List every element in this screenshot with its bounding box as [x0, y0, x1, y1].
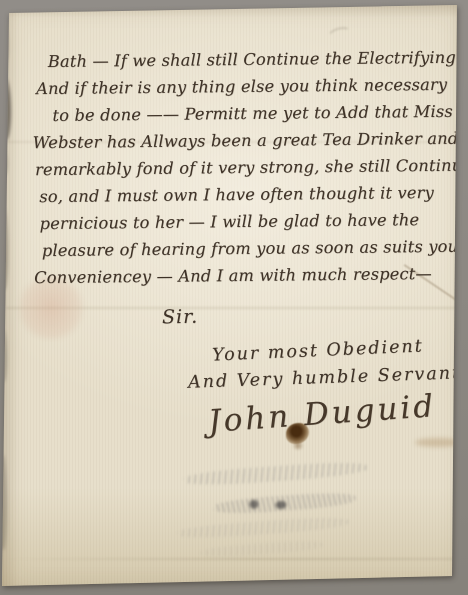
signature: John Duguid — [207, 388, 437, 440]
binding-smudge — [0, 208, 8, 290]
bleed-through-line — [200, 539, 322, 558]
letter-line: Webster has Allways been a great Tea Dri… — [33, 125, 447, 156]
binding-smudge — [0, 455, 7, 550]
letter-body: Bath — If we shall still Continue the El… — [32, 44, 449, 291]
letter-line: pleasure of hearing from you as soon as … — [34, 233, 448, 264]
bleed-through-writing — [155, 452, 406, 573]
binding-smudge — [0, 78, 11, 140]
bleed-through-line — [183, 460, 368, 488]
letter-line: so, and I must own I have often thought … — [33, 179, 447, 210]
binding-smudge — [0, 150, 7, 176]
binding-smudge — [2, 28, 8, 62]
faint-pencil-mark — [327, 25, 354, 45]
bleed-through-line — [177, 515, 349, 540]
ink-blot-smudge — [292, 441, 304, 450]
letter-page: Bath — If we shall still Continue the El… — [0, 0, 468, 595]
letter-line: Bath — If we shall still Continue the El… — [32, 44, 446, 75]
letter-line: And if their is any thing else you think… — [32, 71, 446, 102]
letter-line: remarkably fond of it very strong, she s… — [33, 152, 447, 183]
letter-line: pernicious to her — I will be glad to ha… — [33, 206, 447, 237]
scanned-letter: Bath — If we shall still Continue the El… — [0, 0, 468, 595]
closing-line: Your most Obedient — [212, 336, 425, 365]
paper-shadow-wrap: Bath — If we shall still Continue the El… — [0, 0, 468, 595]
ink-smear — [415, 438, 461, 447]
salutation: Sir. — [162, 306, 199, 329]
binding-smudge — [0, 330, 7, 382]
letter-line: to be done —— Permitt me yet to Add that… — [32, 98, 446, 129]
letter-line: Conveniencey — And I am with much respec… — [34, 260, 448, 291]
